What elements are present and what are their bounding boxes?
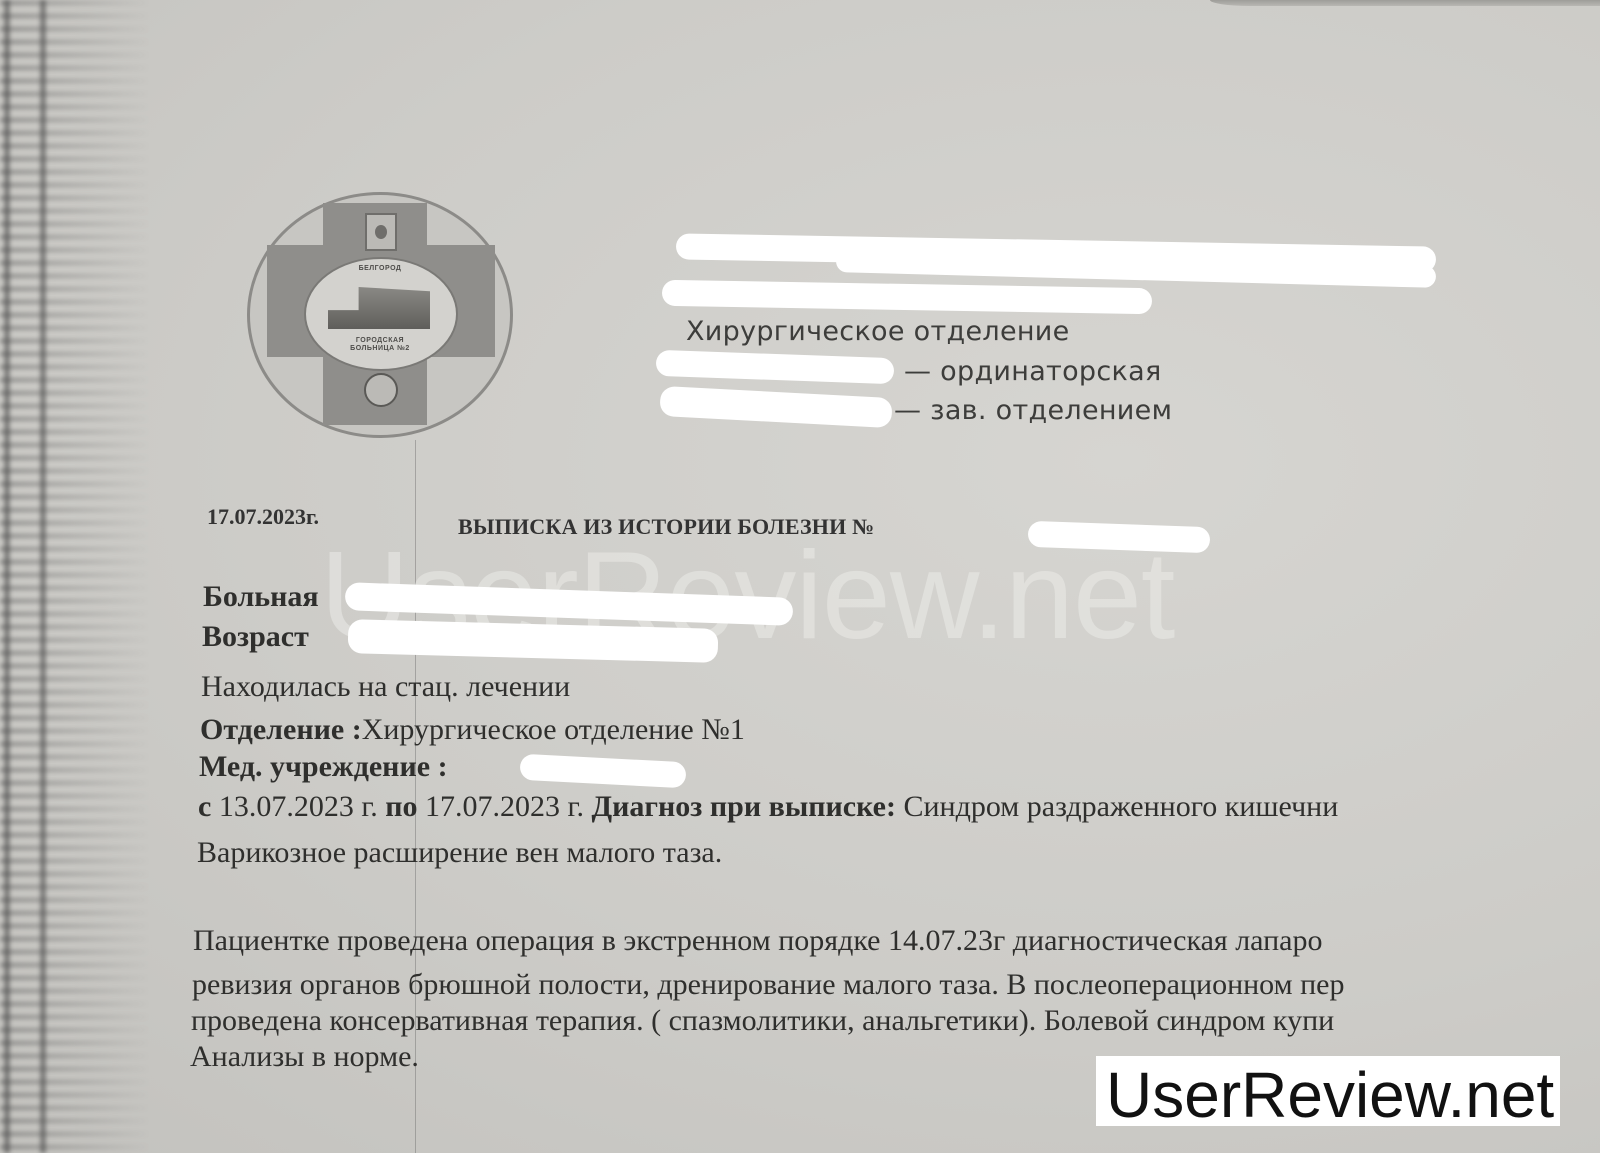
logo-hospital-name: ГОРОДСКАЯ БОЛЬНИЦА №2 xyxy=(310,337,450,353)
department-row: Отделение :Хирургическое отделение №1 xyxy=(200,713,745,747)
stay-text: Находилась на стац. лечении xyxy=(201,670,570,704)
header-phone-resident: — ординаторская xyxy=(904,356,1161,387)
department-label: Отделение : xyxy=(200,713,362,746)
document-title: ВЫПИСКА ИЗ ИСТОРИИ БОЛЕЗНИ № xyxy=(458,514,874,540)
paragraph-line: проведена консервативная терапия. ( спаз… xyxy=(191,1004,1334,1038)
diagnosis-line1: Синдром раздраженного кишечни xyxy=(903,790,1338,823)
period-to-label: по xyxy=(385,790,417,823)
watermark-corner: UserReview.net xyxy=(1106,1060,1554,1130)
binding-shadow xyxy=(40,0,46,1153)
period-diagnosis-row: с 13.07.2023 г. по 17.07.2023 г. Диагноз… xyxy=(198,790,1338,824)
bleed-through-text xyxy=(0,0,150,1153)
diagnosis-label: Диагноз при выписке: xyxy=(591,790,896,823)
period-from: 13.07.2023 г. xyxy=(219,790,378,823)
underlying-sheet-edge xyxy=(1210,0,1600,6)
logo-hospital-line2: БОЛЬНИЦА №2 xyxy=(350,345,410,352)
logo-city: БЕЛГОРОД xyxy=(310,265,450,272)
hospital-logo: БЕЛГОРОД ГОРОДСКАЯ БОЛЬНИЦА №2 xyxy=(247,192,513,438)
header-phone-head: — зав. отделением xyxy=(894,395,1172,426)
period-from-label: с xyxy=(198,790,211,823)
institution-label: Мед. учреждение : xyxy=(199,750,448,784)
binding-shadow xyxy=(4,0,10,1153)
paragraph-line: Пациентке проведена операция в экстренно… xyxy=(193,924,1322,958)
patient-label: Больная xyxy=(203,580,319,614)
age-label: Возраст xyxy=(202,620,309,654)
medical-emblem-icon xyxy=(364,373,398,407)
department-value: Хирургическое отделение №1 xyxy=(362,713,745,746)
logo-hospital-line1: ГОРОДСКАЯ xyxy=(356,337,404,344)
diagnosis-line2: Варикозное расширение вен малого таза. xyxy=(197,836,722,870)
coat-of-arms-icon xyxy=(365,213,397,251)
paragraph-line: ревизия органов брюшной полости, дрениро… xyxy=(192,968,1344,1002)
header-department: Хирургическое отделение xyxy=(686,316,1070,347)
paragraph-line: Анализы в норме. xyxy=(190,1040,419,1074)
document-date: 17.07.2023г. xyxy=(207,504,319,530)
period-to: 17.07.2023 г. xyxy=(425,790,584,823)
